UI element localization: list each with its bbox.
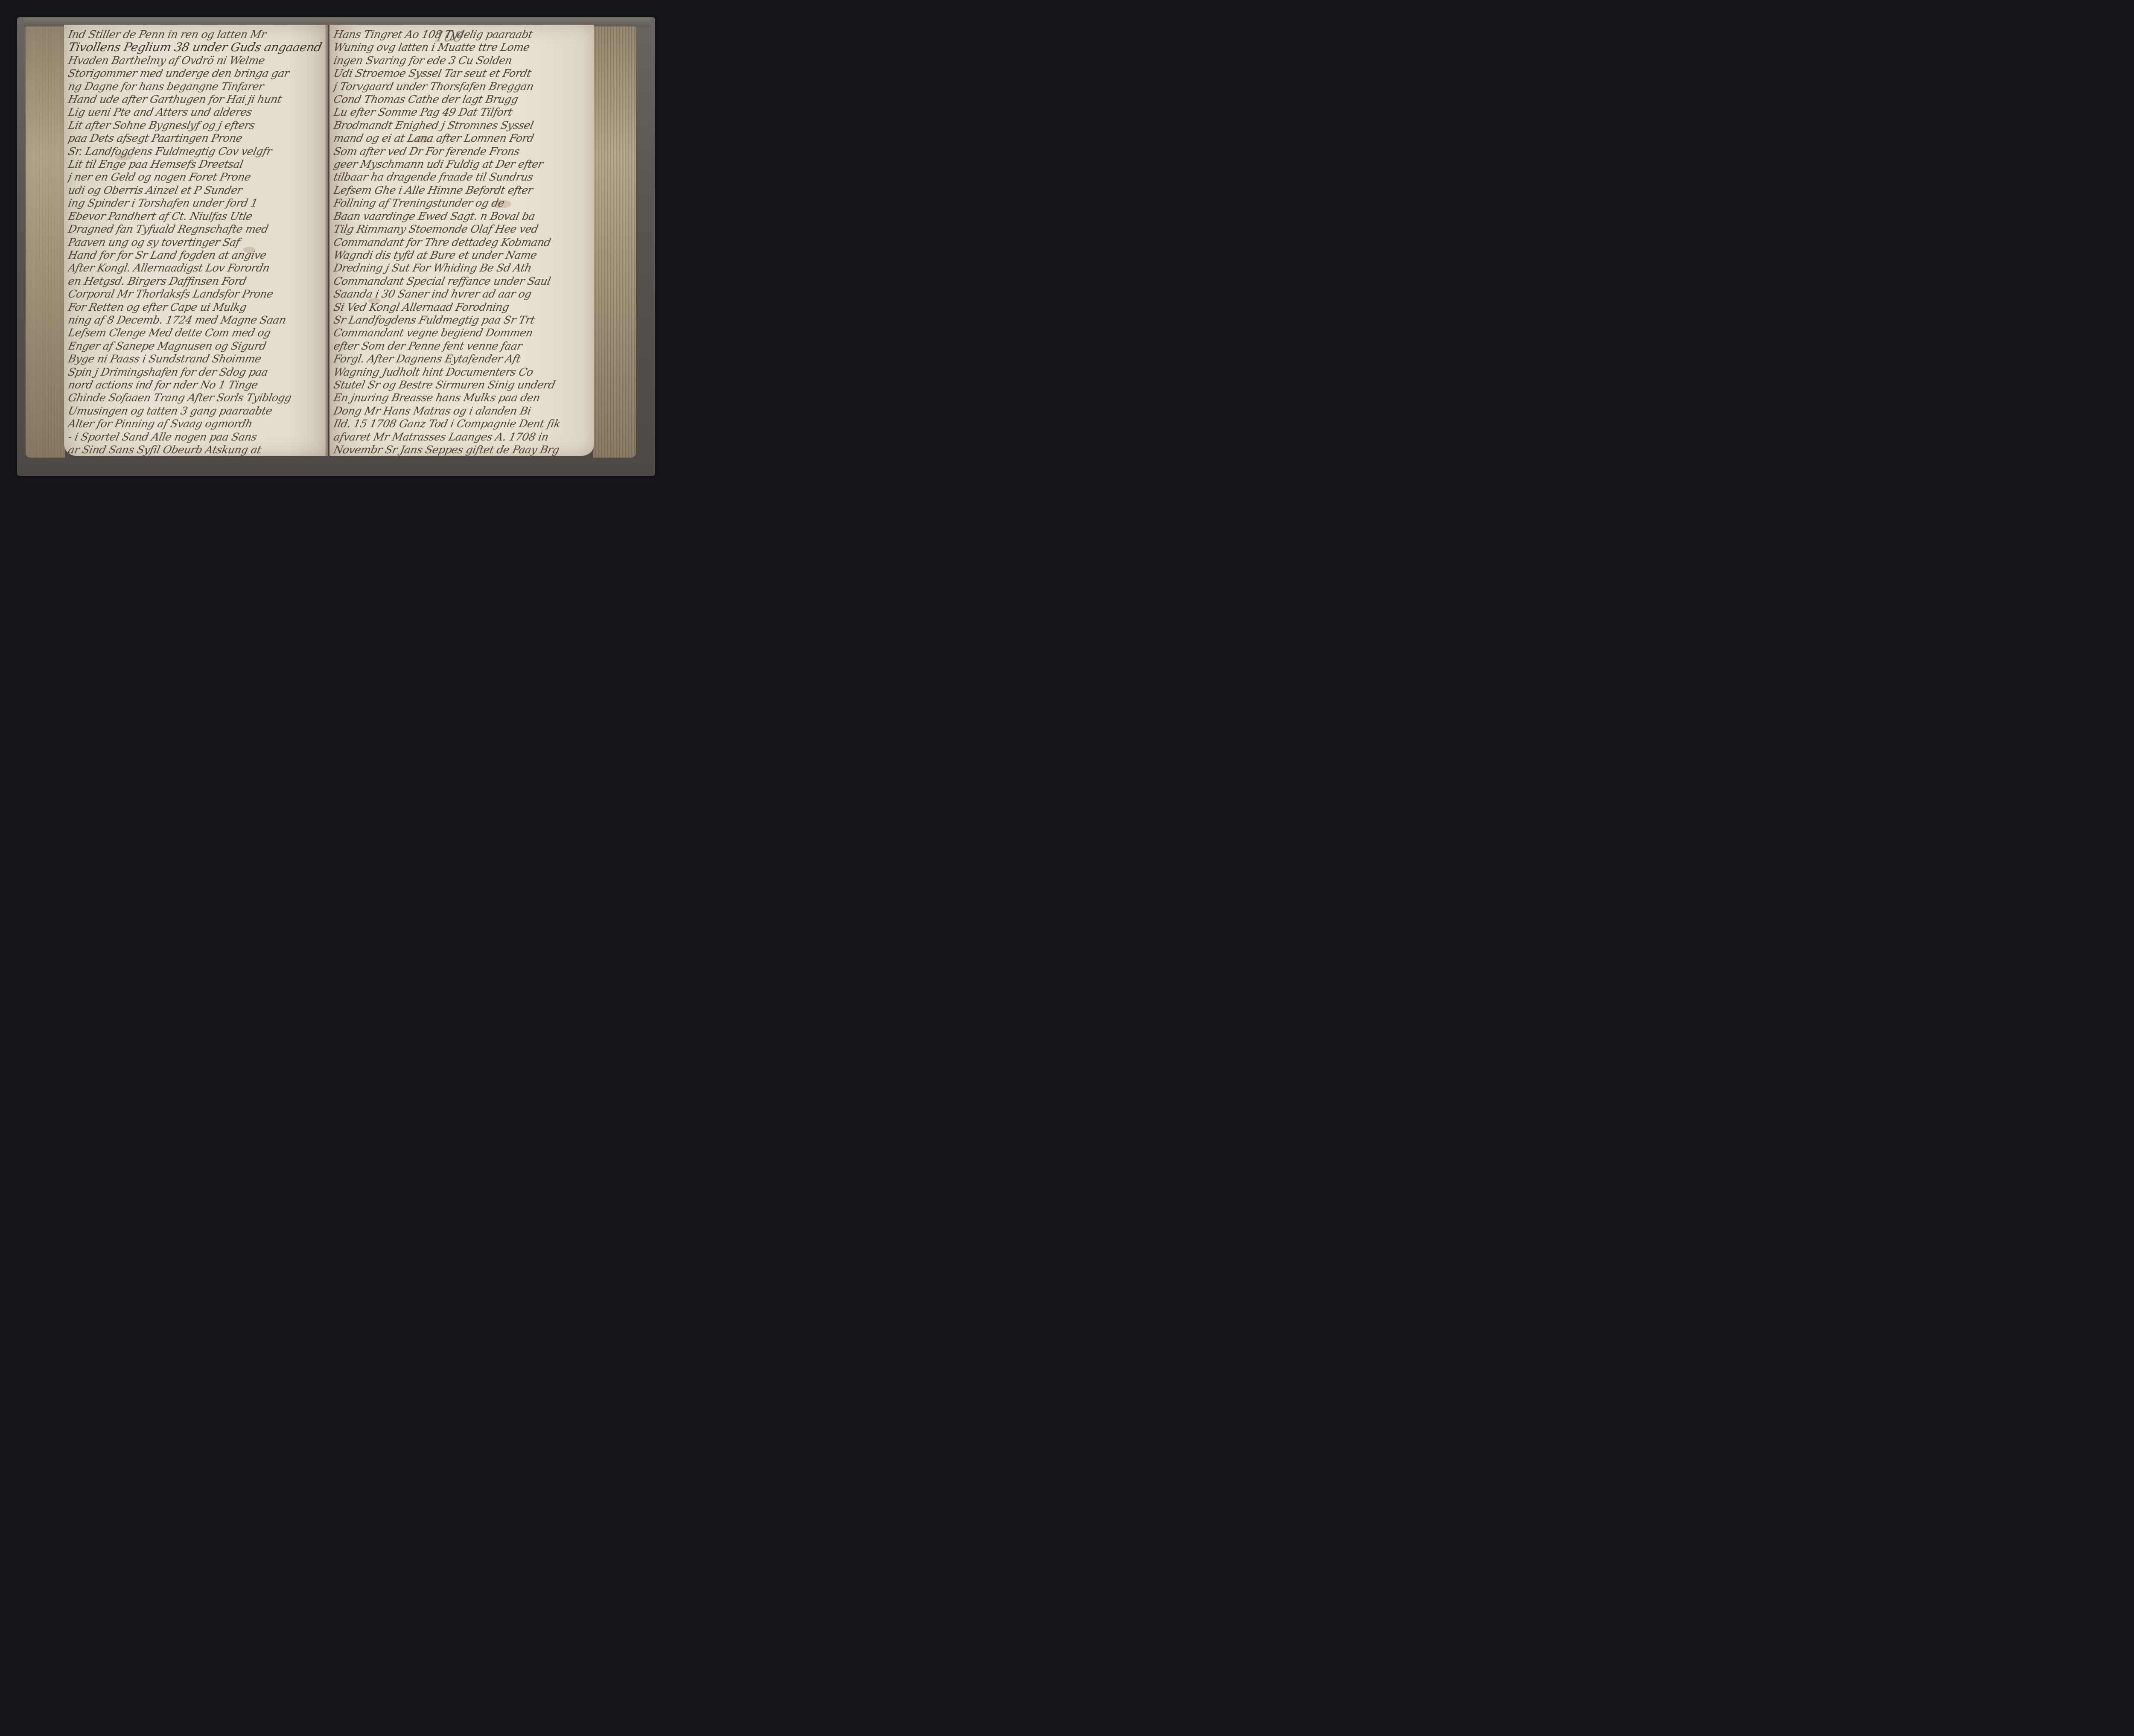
left-page-text: Ind Stiller de Penn in ren og latten Mr … — [68, 28, 324, 456]
manuscript-line: Lit til Enge paa Hemsefs Dreetsal — [67, 158, 325, 171]
manuscript-line: afvaret Mr Matrasses Laanges A. 1708 in — [332, 431, 591, 443]
manuscript-line: geer Myschmann udi Fuldig at Der efter — [332, 158, 591, 171]
manuscript-line: ning af 8 Decemb. 1724 med Magne Saan — [67, 314, 325, 327]
manuscript-line: Spin j Drimingshafen for der Sdog paa — [67, 366, 325, 379]
manuscript-line: ng Dagne for hans begangne Tinfarer — [67, 80, 325, 93]
manuscript-line: en Hetgsd. Birgers Daffinsen Ford — [67, 275, 325, 288]
right-page-stack-edge — [593, 26, 636, 458]
manuscript-line: Brodmandt Enighed j Stromnes Syssel — [332, 119, 591, 132]
manuscript-line: Si Ved Kongl Allernaad Forodning — [332, 301, 591, 314]
right-page-text: Hans Tingret Ao 108 Tydelig paaraabt Wun… — [334, 28, 590, 456]
manuscript-line: Commandant for Thre dettadeg Kobmand — [332, 236, 591, 249]
manuscript-line: Dragned fan Tyfuald Regnschafte med — [67, 223, 325, 236]
manuscript-line: ar Sind Sans Syfil Obeurb Atskung at — [67, 443, 325, 456]
left-page-stack-edge — [26, 26, 65, 458]
manuscript-line: ing Spinder i Torshafen under ford 1 — [67, 197, 325, 210]
manuscript-line: Lu efter Somme Pag 49 Dat Tilfort — [332, 106, 591, 119]
manuscript-line: Udi Stroemoe Syssel Tar seut et Fordt — [332, 67, 591, 80]
manuscript-line: Hand ude after Garthugen for Hai ji hunt — [67, 93, 325, 106]
manuscript-line: Hans Tingret Ao 108 Tydelig paaraabt — [332, 28, 591, 41]
manuscript-line: Storigommer med underge den bringa gar — [67, 67, 325, 80]
manuscript-line: Forgl. After Dagnens Eytafender Aft — [332, 353, 591, 365]
manuscript-line: j ner en Geld og nogen Foret Prone — [67, 171, 325, 184]
manuscript-line: Cond Thomas Cathe der lagt Brugg — [332, 93, 591, 106]
manuscript-line: Paaven ung og sy tovertinger Saf — [67, 236, 325, 249]
manuscript-line: ingen Svaring for ede 3 Cu Solden — [332, 54, 591, 67]
manuscript-line: Stutel Sr og Bestre Sirmuren Sinig under… — [332, 379, 591, 391]
manuscript-line: nord actions ind for nder No 1 Tinge — [67, 379, 325, 391]
manuscript-line: Hvaden Barthelmy af Ovdrö ni Welme — [67, 54, 325, 67]
manuscript-line: Saanda i 30 Saner ind hvrer ad aar og — [332, 288, 591, 301]
manuscript-line: Lefsem Ghe i Alle Himne Befordt efter — [332, 184, 591, 197]
manuscript-line: Corporal Mr Thorlaksfs Landsfor Prone — [67, 288, 325, 301]
manuscript-line: Som after ved Dr For ferende Frons — [332, 145, 591, 158]
manuscript-line: Commandant Special reffance under Saul — [332, 275, 591, 288]
manuscript-line: Tilg Rimmany Stoemonde Olaf Hee ved — [332, 223, 591, 236]
manuscript-line: mand og ei at Lana after Lomnen Ford — [332, 132, 591, 145]
manuscript-line: Dong Mr Hans Matras og i alanden Bi — [332, 405, 591, 417]
manuscript-line: Wagning Judholt hint Documenters Co — [332, 366, 591, 379]
manuscript-line: j Torvgaard under Thorsfafen Breggan — [332, 80, 591, 93]
manuscript-line: Wuning ovg latten i Muatte ttre Lome — [332, 41, 591, 54]
manuscript-line: paa Dets afsegt Paartingen Prone — [67, 132, 325, 145]
manuscript-line: Sr Landfogdens Fuldmegtig paa Sr Trt — [332, 314, 591, 327]
manuscript-line: Tivollens Peglium 38 under Guds angaaend — [67, 41, 325, 54]
manuscript-line: tilbaar ha dragende fraade til Sundrus — [332, 171, 591, 184]
manuscript-line: Ebevor Pandhert af Ct. Niulfas Utle — [67, 210, 325, 223]
manuscript-line: Alter for Pinning af Svaag ogmordh — [67, 417, 325, 430]
manuscript-line: Lit after Sohne Bygneslyf og j efters — [67, 119, 325, 132]
manuscript-line: efter Som der Penne fent venne faar — [332, 340, 591, 353]
manuscript-line: - i Sportel Sand Alle nogen paa Sans — [67, 431, 325, 443]
manuscript-line: Byge ni Paass i Sundstrand Shoimme — [67, 353, 325, 365]
manuscript-line: Ild. 15 1708 Ganz Tod i Compagnie Dent f… — [332, 417, 591, 430]
manuscript-line: En jnuring Breasse hans Mulks paa den — [332, 391, 591, 404]
manuscript-line: Ind Stiller de Penn in ren og latten Mr — [67, 28, 325, 41]
manuscript-line: Enger af Sanepe Magnusen og Sigurd — [67, 340, 325, 353]
manuscript-line: Umusingen og tatten 3 gang paaraabte — [67, 405, 325, 417]
manuscript-line: Dredning j Sut For Whiding Be Sd Ath — [332, 262, 591, 274]
manuscript-line: Sr. Landfogdens Fuldmegtig Cov velgfr — [67, 145, 325, 158]
manuscript-line: Lefsem Clenge Med dette Com med og — [67, 327, 325, 339]
manuscript-line: After Kongl. Allernaadigst Lov Forordn — [67, 262, 325, 274]
right-page: 108 Hans Tingret Ao 108 Tydelig paaraabt… — [329, 25, 594, 456]
left-page: Ind Stiller de Penn in ren og latten Mr … — [64, 25, 328, 456]
manuscript-line: Ghinde Sofaaen Trang After Sorls Tyiblog… — [67, 391, 325, 404]
manuscript-line: Lig ueni Pte and Atters und alderes — [67, 106, 325, 119]
manuscript-line: Novembr Sr Jans Seppes giftet de Paay Br… — [332, 443, 591, 456]
manuscript-line: udi og Oberris Ainzel et P Sunder — [67, 184, 325, 197]
manuscript-line: Baan vaardinge Ewed Sagt. n Boval ba — [332, 210, 591, 223]
manuscript-line: Follning af Treningstunder og de — [332, 197, 591, 210]
manuscript-line: Hand for for Sr Land fogden at angive — [67, 249, 325, 262]
manuscript-line: Wagndi dis tyfd at Bure et under Name — [332, 249, 591, 262]
manuscript-line: Commandant vegne begiend Dommen — [332, 327, 591, 339]
manuscript-line: For Retten og efter Cape ui Mulkg — [67, 301, 325, 314]
